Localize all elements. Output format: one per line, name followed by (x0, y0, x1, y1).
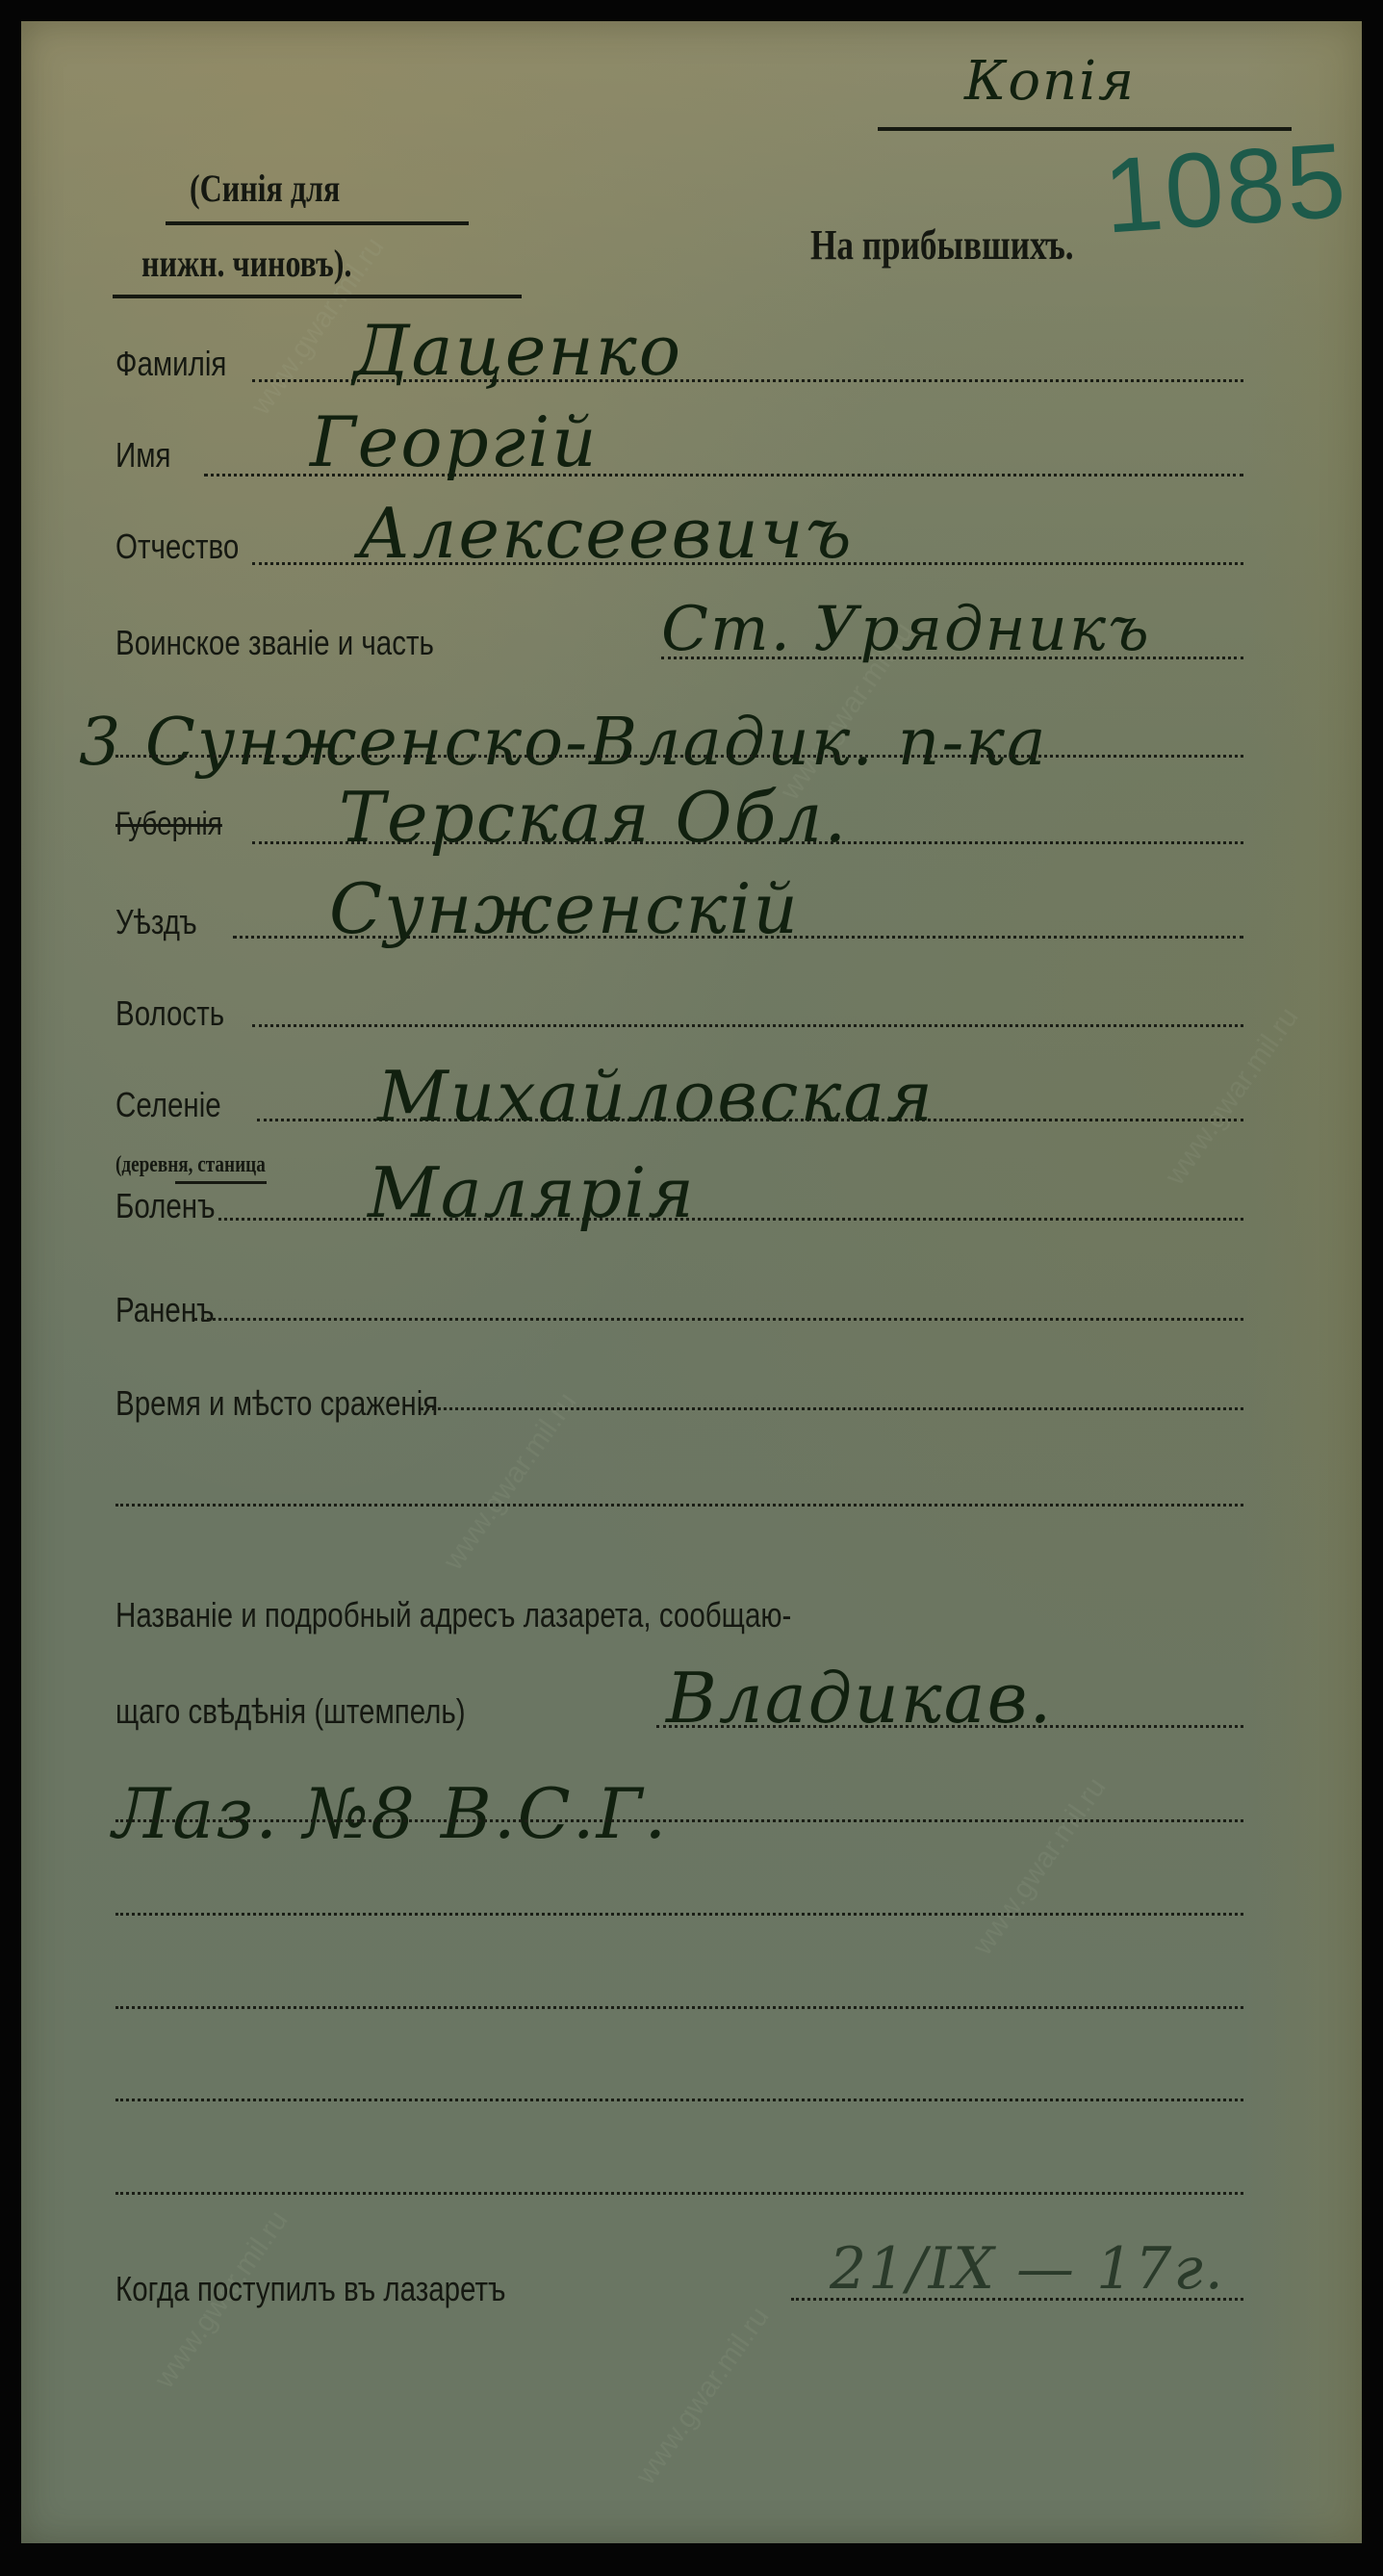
note-line-1: (Синія для (190, 166, 340, 211)
volost-label: Волость (115, 993, 224, 1034)
copy-mark: Копія (964, 50, 1136, 113)
village-label: Селеніе (115, 1085, 221, 1125)
rank-value: Ст. Урядникъ (661, 594, 1151, 665)
surname-value: Даценко (353, 310, 682, 391)
battle-label: Время и мѣсто сраженія (115, 1383, 438, 1424)
surname-label: Фамилія (115, 344, 226, 384)
patronymic-label: Отчество (115, 527, 239, 567)
sick-label: Боленъ (115, 1186, 216, 1226)
wounded-label: Раненъ (115, 1290, 215, 1330)
village-value: Михайловская (377, 1056, 935, 1137)
province-value: Терская Обл. (339, 777, 848, 858)
district-value: Сунженскій (329, 868, 800, 949)
hospital-label-line-1: Названіе и подробный адресъ лазарета, со… (115, 1595, 791, 1636)
admitted-value: 21/IX — 17г. (830, 2235, 1225, 2303)
watermark: www.gwar.mil.ru (629, 2301, 776, 2490)
hospital-value-line-2: Лаз. №8 В.С.Г. (113, 1773, 668, 1854)
note-underline-1 (166, 221, 469, 225)
blank-line-3 (115, 2099, 1243, 2101)
unit-line (115, 755, 1243, 758)
note-line-2: нижн. чиновъ). (141, 241, 351, 286)
blank-line-1 (115, 1913, 1243, 1916)
admitted-label: Когда поступилъ въ лазаретъ (115, 2269, 505, 2309)
watermark: www.gwar.mil.ru (966, 1771, 1113, 1961)
blank-line-4 (115, 2192, 1243, 2195)
volost-line (252, 1024, 1243, 1027)
province-label: Губернія (115, 806, 222, 843)
village-sublabel-underline (175, 1181, 267, 1184)
note-underline-2 (113, 295, 522, 298)
paper-edge-shade (1246, 21, 1362, 2543)
village-sublabel: (деревня, станица (115, 1152, 266, 1178)
hospital-value: Владикав. (666, 1658, 1053, 1739)
patronymic-value: Алексеевичъ (358, 493, 854, 574)
battle-line (421, 1407, 1243, 1410)
district-label: Уѣздъ (115, 902, 197, 942)
watermark: www.gwar.mil.ru (437, 1386, 583, 1576)
registry-number: 1085 (1100, 118, 1351, 257)
form-title: На прибывшихъ. (810, 220, 1074, 270)
rank-unit-label: Воинское званіе и часть (115, 623, 434, 663)
unit-value: 3 Сунженско-Владик. п-ка (79, 705, 1048, 781)
hospital-label-line-2: щаго свѣдѣнія (штемпель) (115, 1691, 466, 1732)
hospital-line-2 (115, 1819, 1243, 1822)
blank-line-2 (115, 2006, 1243, 2009)
battle-line-2 (115, 1504, 1243, 1507)
sick-value: Малярія (368, 1152, 696, 1233)
wounded-line (194, 1318, 1243, 1321)
archive-card: www.gwar.mil.ru www.gwar.mil.ru www.gwar… (21, 21, 1362, 2543)
name-label: Имя (115, 435, 171, 476)
name-value: Георгій (310, 401, 599, 482)
